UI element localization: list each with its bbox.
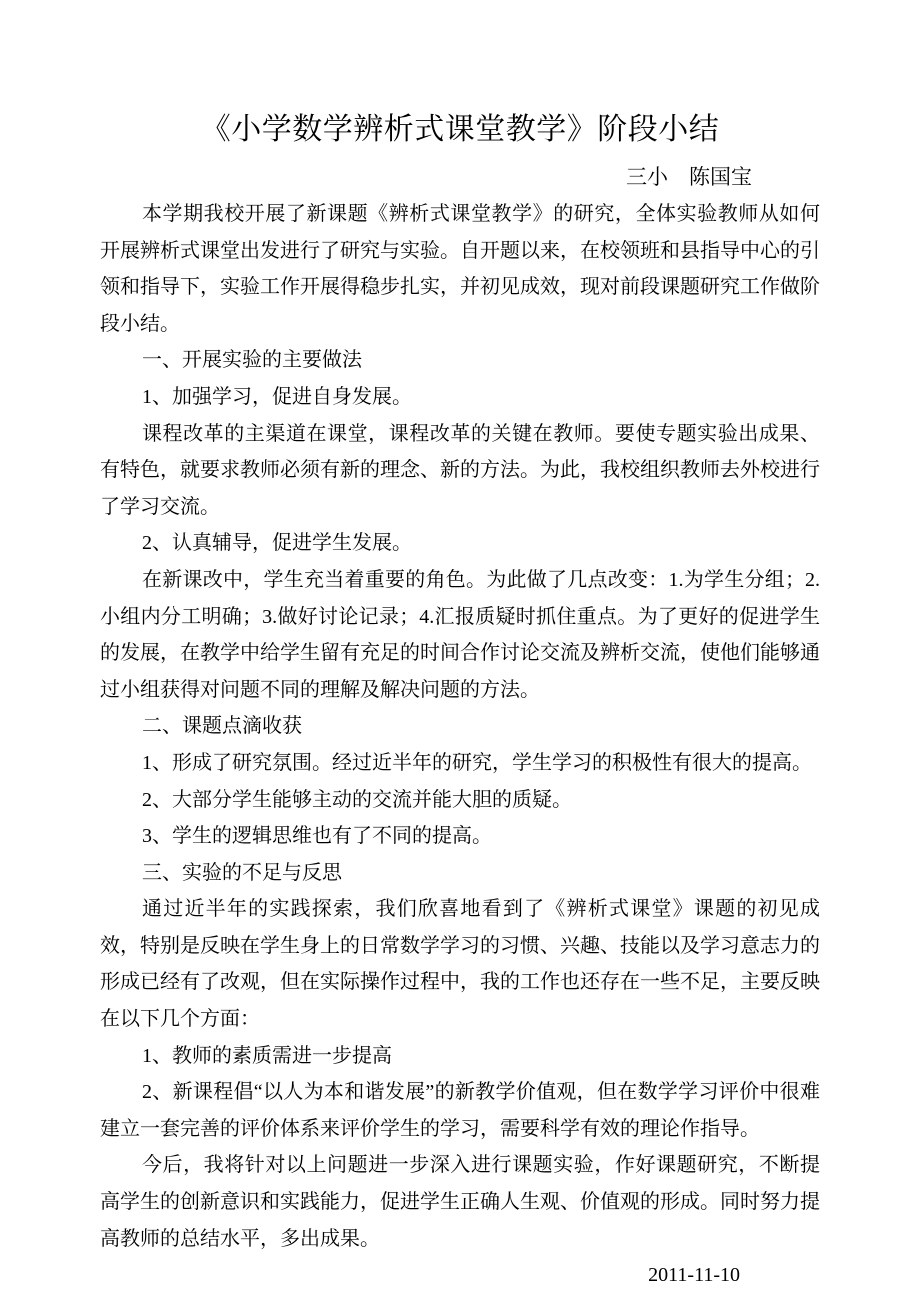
paragraph: 2、新课程倡“以人为本和谐发展”的新教学价值观，但在数学学习评价中很难建立一套完… <box>100 1074 820 1147</box>
document-content: 《小学数学辨析式课堂教学》阶段小结 三小 陈国宝 本学期我校开展了新课题《辨析式… <box>0 0 920 1294</box>
paragraph: 一、开展实验的主要做法 <box>100 342 820 379</box>
document-body: 本学期我校开展了新课题《辨析式课堂教学》的研究，全体实验教师从如何开展辨析式课堂… <box>100 196 820 1257</box>
paragraph: 二、课题点滴收获 <box>100 708 820 745</box>
paragraph: 三、实验的不足与反思 <box>100 855 820 892</box>
paragraph: 2、大部分学生能够主动的交流并能大胆的质疑。 <box>100 782 820 819</box>
paragraph: 2、认真辅导，促进学生发展。 <box>100 525 820 562</box>
paragraph: 今后，我将针对以上问题进一步深入进行课题实验，作好课题研究，不断提高学生的创新意… <box>100 1147 820 1257</box>
document-page: 《小学数学辨析式课堂教学》阶段小结 三小 陈国宝 本学期我校开展了新课题《辨析式… <box>0 0 920 1302</box>
paragraph: 在新课改中，学生充当着重要的角色。为此做了几点改变：1.为学生分组；2.小组内分… <box>100 562 820 708</box>
paragraph: 本学期我校开展了新课题《辨析式课堂教学》的研究，全体实验教师从如何开展辨析式课堂… <box>100 196 820 342</box>
paragraph: 3、学生的逻辑思维也有了不同的提高。 <box>100 818 820 855</box>
paragraph: 1、形成了研究氛围。经过近半年的研究，学生学习的积极性有很大的提高。 <box>100 745 820 782</box>
paragraph: 1、加强学习，促进自身发展。 <box>100 379 820 416</box>
paragraph: 通过近半年的实践探索，我们欣喜地看到了《辨析式课堂》课题的初见成效，特别是反映在… <box>100 891 820 1037</box>
date-line: 2011-11-10 <box>100 1257 820 1294</box>
byline: 三小 陈国宝 <box>100 162 820 192</box>
paragraph: 课程改革的主渠道在课堂，课程改革的关键在教师。要使专题实验出成果、有特色，就要求… <box>100 416 820 526</box>
paragraph: 1、教师的素质需进一步提高 <box>100 1038 820 1075</box>
page-title: 《小学数学辨析式课堂教学》阶段小结 <box>100 108 820 152</box>
